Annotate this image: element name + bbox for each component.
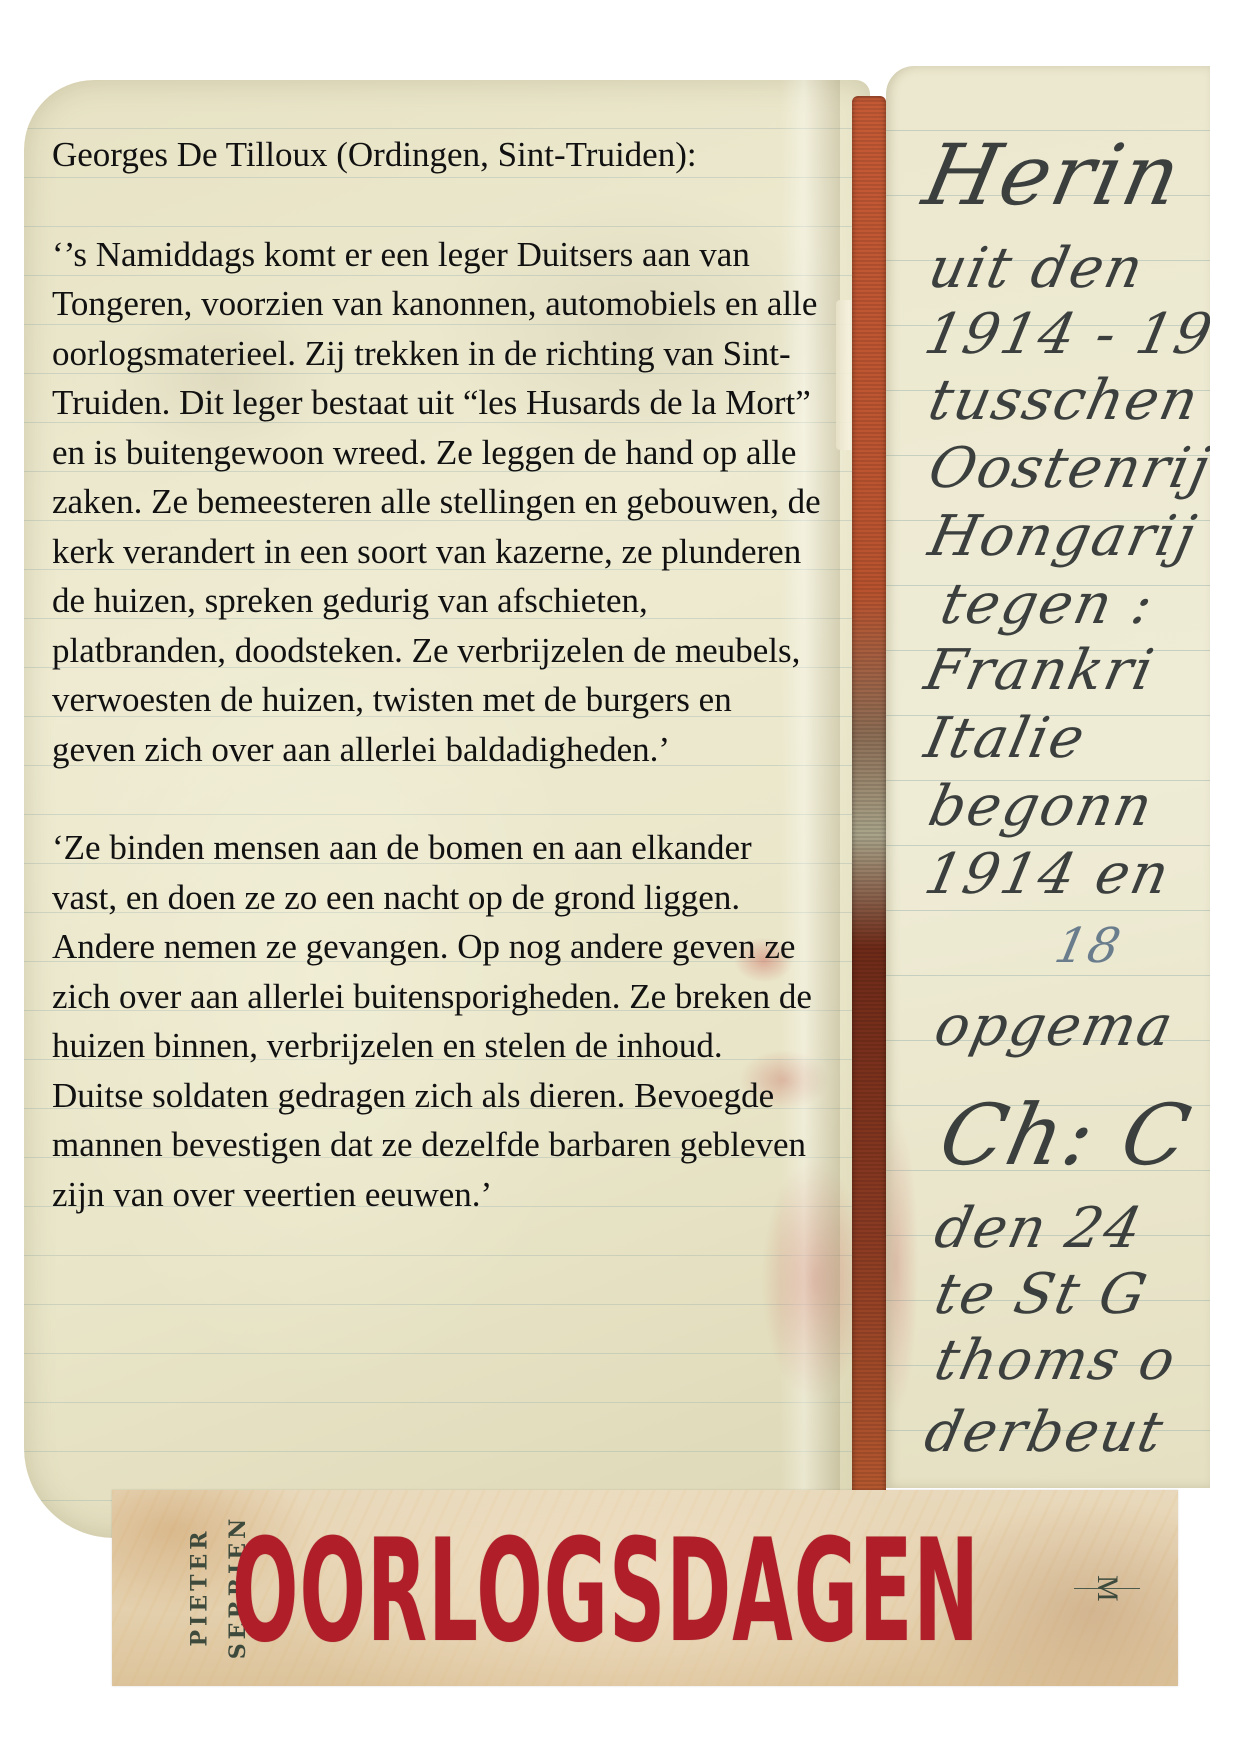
handwriting-line: Herin <box>916 126 1191 224</box>
handwriting-line: begonn <box>923 774 1160 839</box>
notebook-spine <box>852 96 886 1516</box>
handwriting-line: te St G <box>929 1262 1154 1327</box>
handwriting-line: 18 <box>1050 918 1127 974</box>
handwriting-line: tusschen <box>923 368 1206 433</box>
handwriting-line: 1914 - 19 <box>919 302 1210 367</box>
handwriting-line: tegen : <box>935 572 1160 637</box>
handwriting-line: 1914 en <box>919 842 1176 907</box>
author-name: PIETER SERRIEN <box>150 1504 210 1674</box>
handwriting-line: opgema <box>929 994 1180 1059</box>
notebook-right-page: Herin uit den 1914 - 19 tusschen Oostenr… <box>886 66 1210 1488</box>
book-title: OORLOGSDAGEN <box>232 1502 980 1682</box>
handwriting-line: Frankri <box>919 638 1161 703</box>
book-banner: PIETER SERRIEN OORLOGSDAGEN M <box>112 1490 1178 1686</box>
publisher-mark: M <box>1087 1575 1127 1601</box>
publisher-logo-icon: M <box>1074 1564 1140 1614</box>
handwriting-line: Ch: C <box>932 1086 1200 1184</box>
handwriting-line: derbeut <box>919 1400 1170 1465</box>
quote-block: Georges De Tilloux (Ordingen, Sint-Truid… <box>52 130 822 1268</box>
quote-attribution: Georges De Tilloux (Ordingen, Sint-Truid… <box>52 130 822 180</box>
quote-paragraph: ‘’s Namiddags komt er een leger Duitsers… <box>52 230 822 775</box>
handwriting-line: Hongarij <box>923 504 1203 569</box>
handwriting-line: Italie <box>919 706 1092 771</box>
handwriting-line: Oostenrij <box>923 436 1210 501</box>
quote-paragraph: ‘Ze binden mensen aan de bomen en aan el… <box>52 823 822 1219</box>
handwriting-line: uit den <box>923 236 1150 301</box>
handwriting-line: den 24 <box>929 1196 1149 1261</box>
author-first-name: PIETER <box>187 1527 213 1646</box>
handwriting-line: thoms o <box>929 1328 1182 1393</box>
